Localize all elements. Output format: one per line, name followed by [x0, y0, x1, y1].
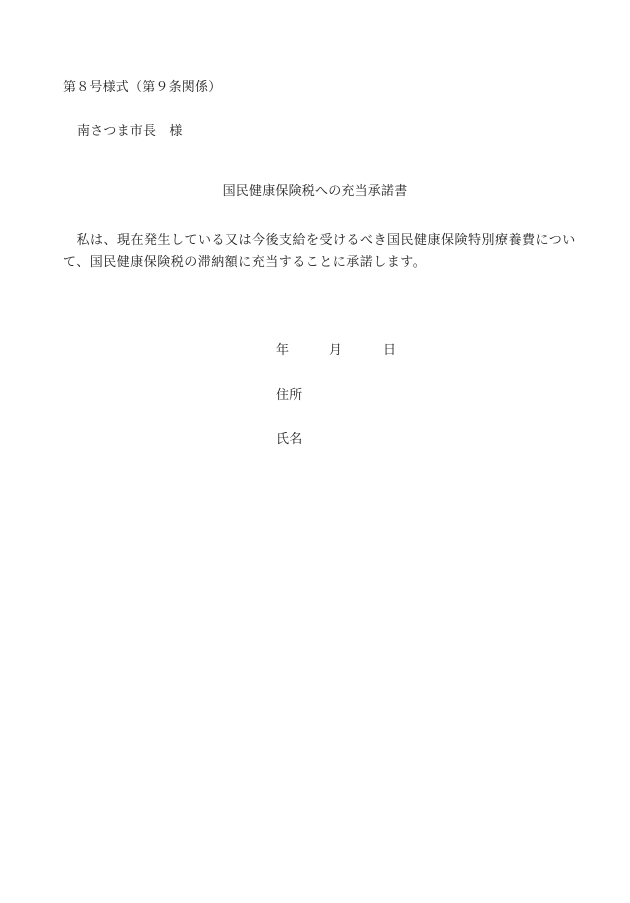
date-year-label: 年: [276, 343, 289, 359]
form-number: 第８号様式（第９条関係）: [63, 80, 221, 96]
addressee: 南さつま市長 様: [77, 124, 183, 140]
date-day-label: 日: [383, 343, 396, 359]
document-title: 国民健康保険税への充当承諾書: [0, 184, 630, 200]
address-label: 住所: [276, 388, 302, 404]
date-month-label: 月: [329, 343, 342, 359]
consent-statement: 私は、現在発生している又は今後支給を受けるべき国民健康保険特別療養費について、国…: [63, 230, 577, 274]
name-label: 氏名: [276, 432, 302, 448]
document-page: 第８号様式（第９条関係） 南さつま市長 様 国民健康保険税への充当承諾書 私は、…: [0, 0, 630, 903]
document-title-text: 国民健康保険税への充当承諾書: [223, 184, 408, 200]
